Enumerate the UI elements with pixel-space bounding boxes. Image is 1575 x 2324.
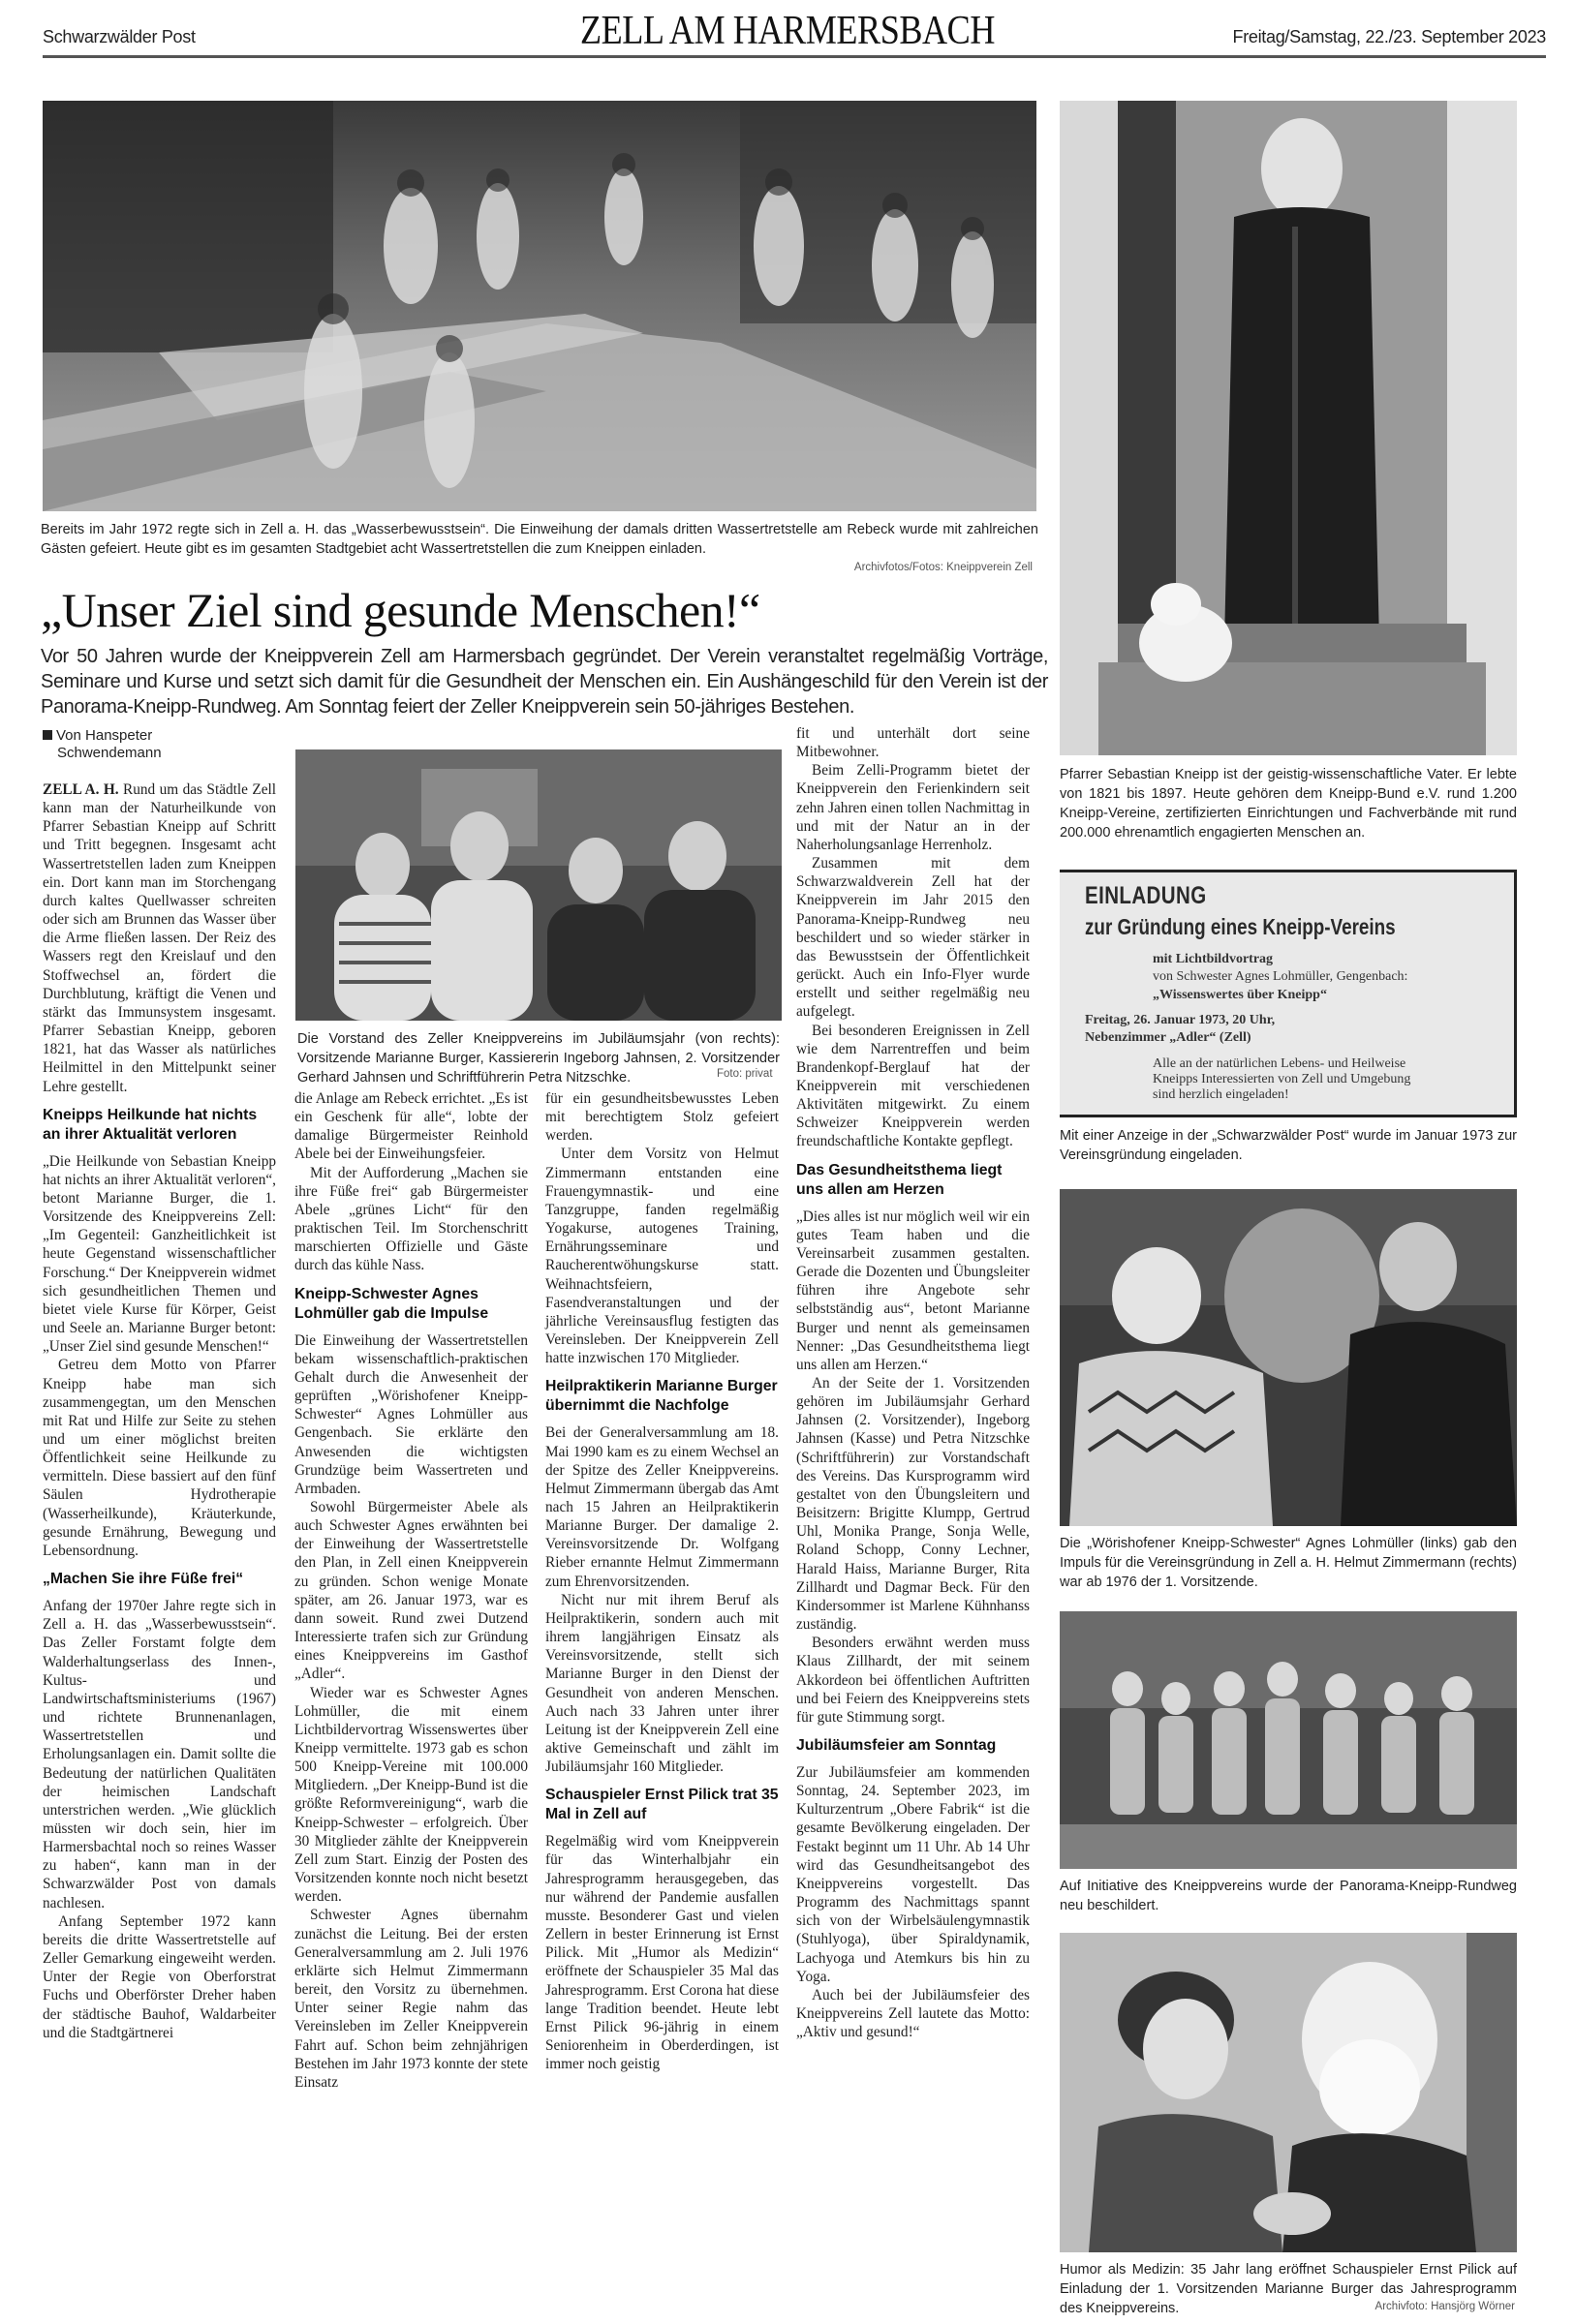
photo-lohmueller-zimmermann xyxy=(1060,1189,1517,1526)
masthead: Schwarzwälder Post ZELL AM HARMERSBACH F… xyxy=(29,0,1546,58)
subheading-ernst-pilick: Schauspieler Ernst Pilick trat 35 Mal in… xyxy=(545,1786,779,1824)
pilick-image xyxy=(1060,1933,1517,2252)
group-photo-caption: Auf Initiative des Kneippvereins wurde d… xyxy=(1060,1877,1517,1915)
issue-date: Freitag/Samstag, 22./23. September 2023 xyxy=(1233,27,1547,47)
subheading-agnes-lohmueller: Kneipp-Schwester Agnes Lohmüller gab die… xyxy=(294,1285,528,1324)
article-column-2: die Anlage am Rebeck errichtet. „Es ist … xyxy=(294,1089,528,2092)
invitation-ad-caption: Mit einer Anzeige in der „Schwarzwälder … xyxy=(1060,1126,1517,1165)
byline: Von Hanspeter Schwendemann xyxy=(43,727,275,762)
top-photo-credit: Archivfotos/Fotos: Kneippverein Zell xyxy=(854,562,1033,573)
top-photo-caption: Bereits im Jahr 1972 regte sich in Zell … xyxy=(41,520,1038,559)
photo-vorstand xyxy=(295,749,782,1021)
photo-ernst-pilick xyxy=(1060,1933,1517,2252)
photo-sebastian-kneipp: © Foto Crebmer xyxy=(1060,101,1517,755)
subheading-fuesse-frei: „Machen Sie ihre Füße frei“ xyxy=(43,1570,276,1589)
nurse-photo-caption: Die „Wörishofener Kneipp-Schwester“ Agne… xyxy=(1060,1534,1517,1592)
pilick-photo-credit: Archivfoto: Hansjörg Wörner xyxy=(1375,2301,1515,2312)
article-headline: „Unser Ziel sind gesunde Menschen!“ xyxy=(41,581,1048,639)
photo-panorama-rundweg-group xyxy=(1060,1611,1517,1869)
subheading-marianne-burger: Heilpraktikerin Marianne Burger übernimm… xyxy=(545,1377,779,1416)
article-deck: Vor 50 Jahren wurde der Kneippverein Zel… xyxy=(41,644,1048,719)
group-image xyxy=(1060,1611,1517,1869)
article-column-1: ZELL A. H. Rund um das Städtle Zell kann… xyxy=(43,780,276,2042)
wassertretstelle-image xyxy=(43,101,1036,511)
subheading-heilkunde: Kneipps Heilkunde hat nichts an ihrer Ak… xyxy=(43,1106,276,1145)
subheading-gesundheitsthema: Das Gesundheitsthema liegt uns allen am … xyxy=(796,1161,1030,1200)
dateline: ZELL A. H. xyxy=(43,781,119,798)
article-column-3: für ein gesundheitsbewusstes Leben mit b… xyxy=(545,1089,779,2073)
lohmueller-zimmermann-image xyxy=(1060,1189,1517,1526)
kneipp-photo-caption: Pfarrer Sebastian Kneipp ist der geistig… xyxy=(1060,765,1517,842)
byline-square-icon xyxy=(43,730,52,740)
photo-wassertretstelle-1972 xyxy=(43,101,1036,511)
vorstand-image xyxy=(295,749,782,1021)
board-photo-credit: Foto: privat xyxy=(717,1068,773,1080)
subheading-jubilaeumsfeier: Jubiläumsfeier am Sonntag xyxy=(796,1736,1030,1756)
board-photo-caption: Die Vorstand des Zeller Kneippvereins im… xyxy=(297,1029,780,1087)
article-column-4: fit und unterhält dort seine Mitbewohner… xyxy=(796,724,1030,2041)
invitation-ad-1973: EINLADUNG zur Gründung eines Kneipp-Vere… xyxy=(1060,870,1517,1117)
masthead-rule xyxy=(43,55,1546,58)
kneipp-portrait-image xyxy=(1060,101,1517,755)
